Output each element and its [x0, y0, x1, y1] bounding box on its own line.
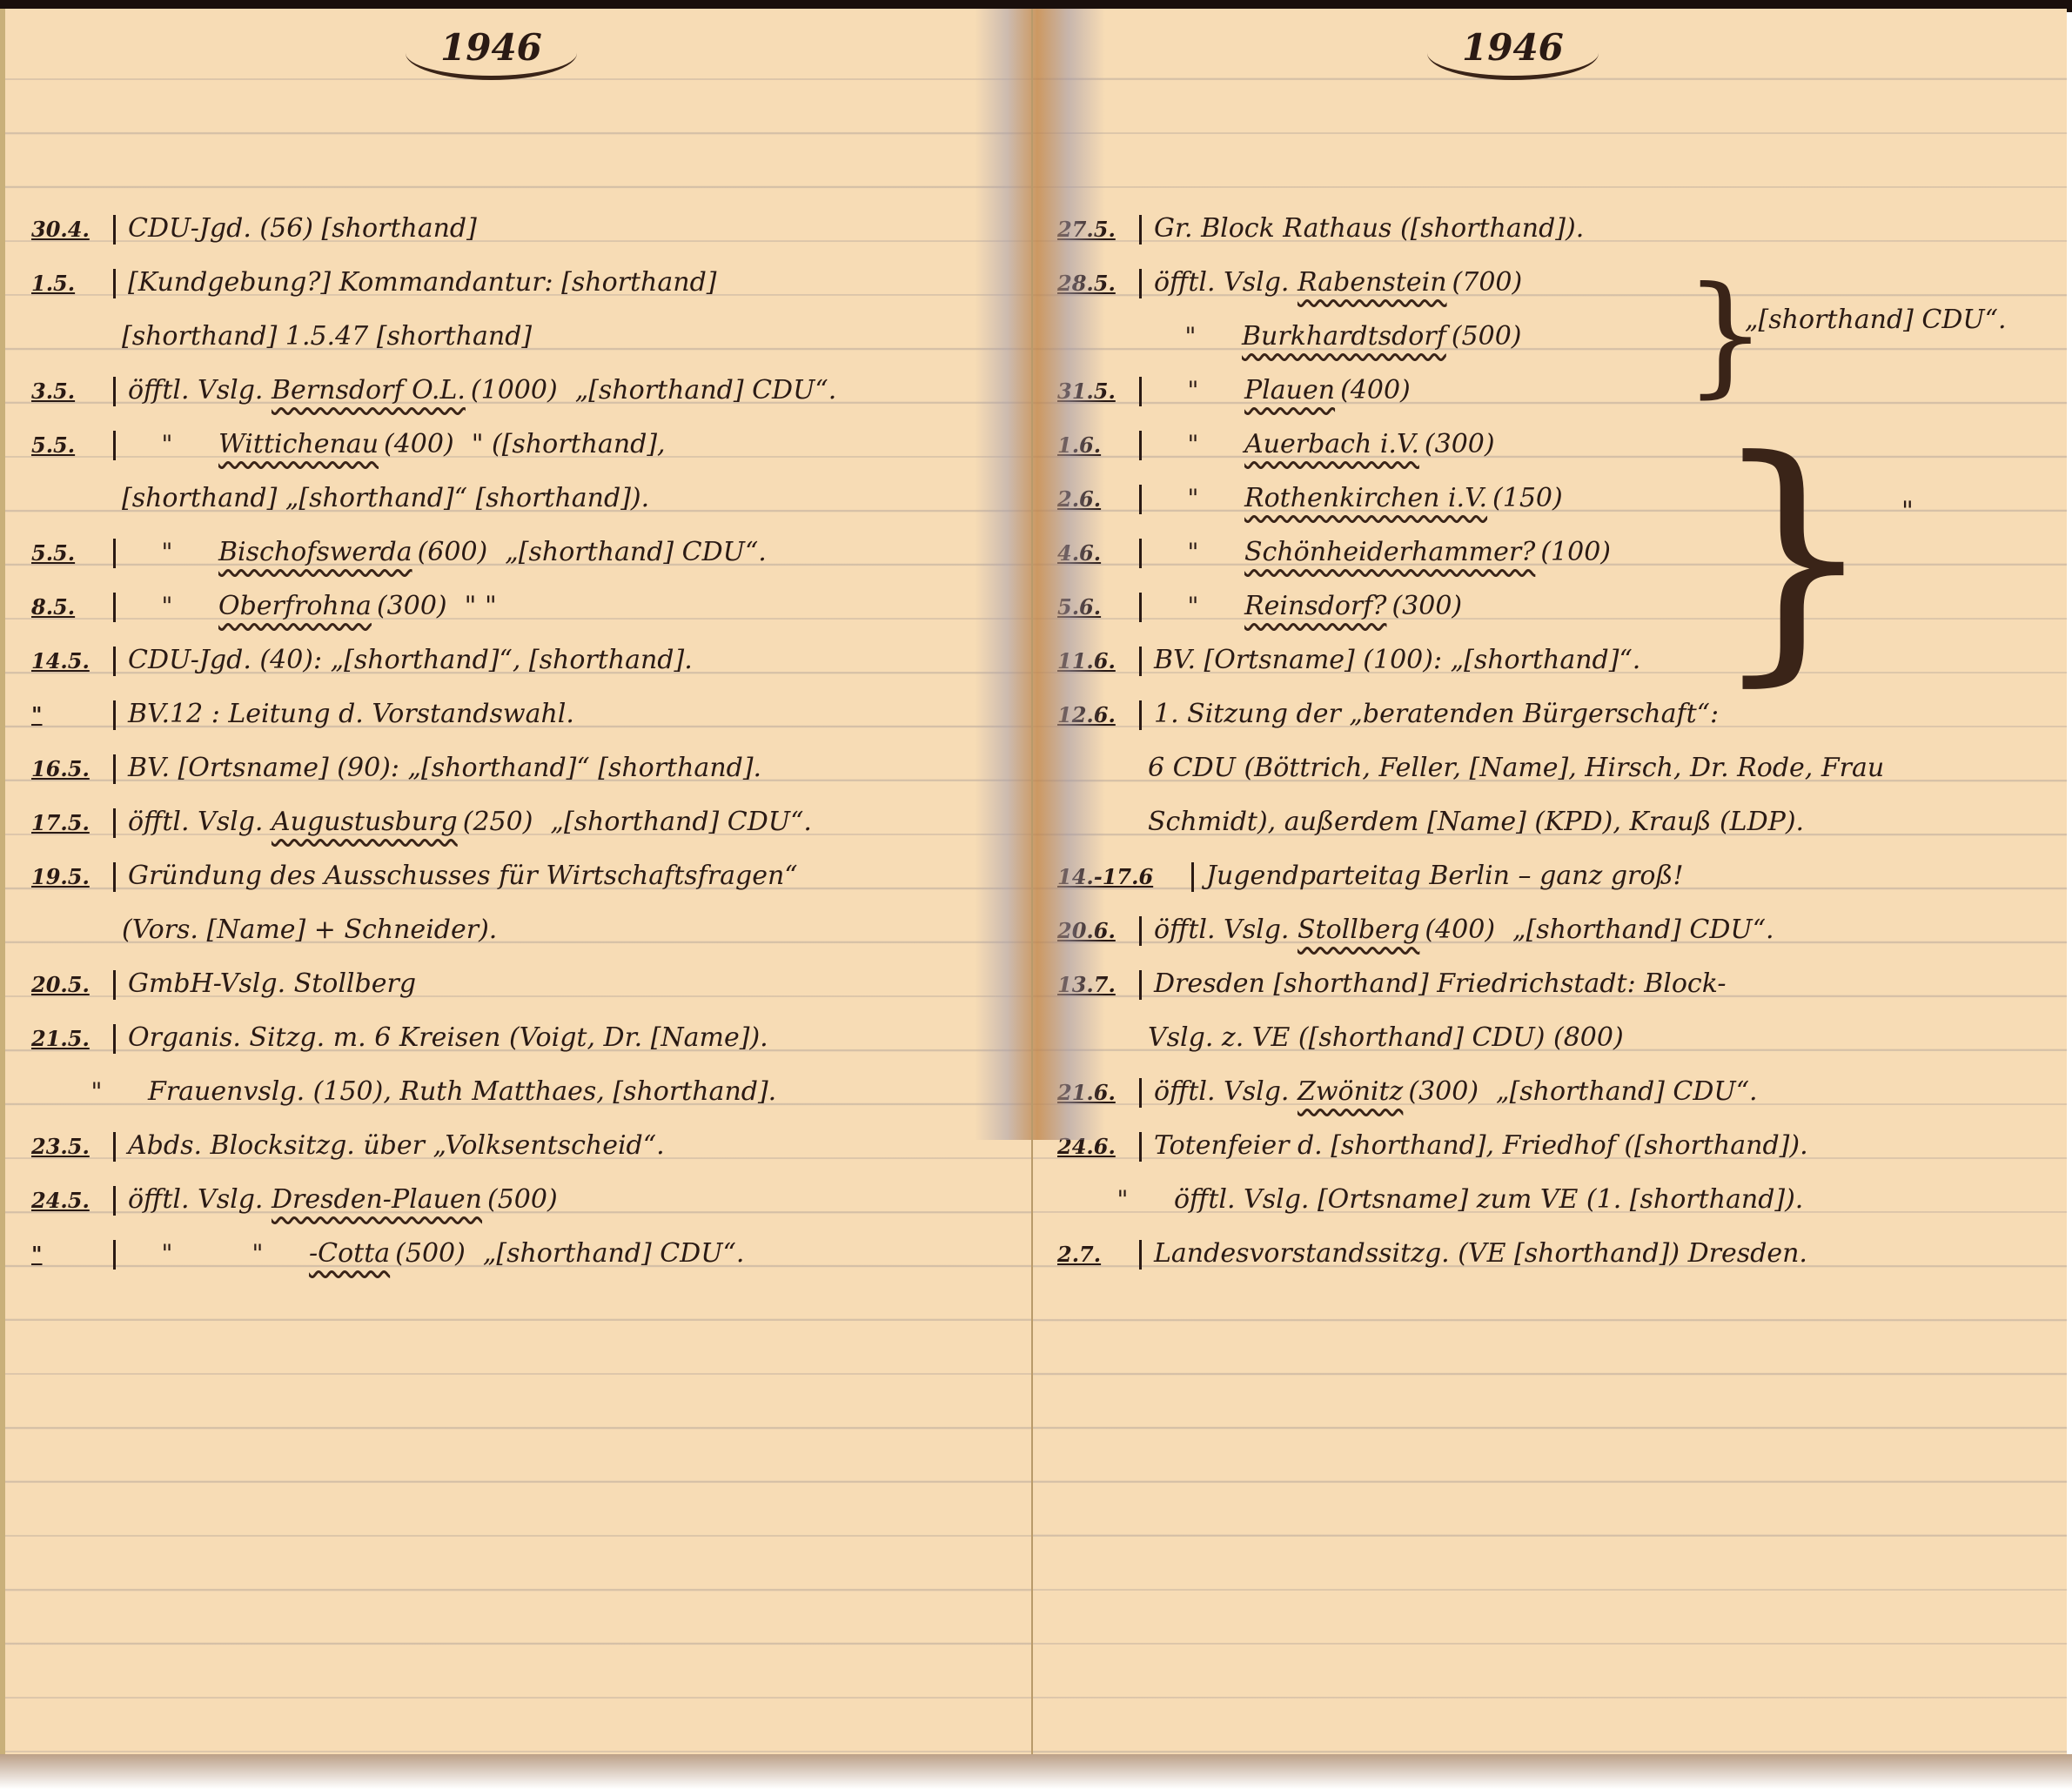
diary-entry: 17.5.öfftl. Vslg. Augustusburg(250)„[sho…	[31, 795, 1023, 849]
diary-entry: 3.5.öfftl. Vslg. Bernsdorf O.L.(1000)„[s…	[31, 364, 1023, 418]
entry-note: „[shorthand] CDU“.	[1496, 1076, 1758, 1107]
entry-place: Stollberg	[1298, 915, 1419, 945]
diary-entry: """-Cotta(500)„[shorthand] CDU“.	[31, 1227, 1023, 1281]
entry-text: Vslg. z. VE ([shorthand] CDU) (800)	[1148, 1022, 1624, 1053]
diary-entry: 27.5.Gr. Block Rathaus ([shorthand]).	[1057, 202, 2058, 256]
diary-entry: 5.6."Reinsdorf?(300)	[1057, 580, 2058, 633]
diary-entry: 5.5."Wittichenau(400)" ([shorthand],	[31, 418, 1023, 472]
page-fold	[1031, 9, 1033, 1758]
diary-entry: 28.5.öfftl. Vslg. Rabenstein(700)	[1057, 256, 2058, 310]
diary-entry: 20.5.GmbH-Vslg. Stollberg	[31, 957, 1023, 1011]
right-page-year: 1946	[1427, 26, 1599, 80]
brace-group-2-note: "	[1901, 496, 1914, 526]
attendance-count: (100)	[1540, 537, 1611, 567]
ditto-mark: "	[1154, 526, 1232, 580]
diary-spread: 1946 30.4.CDU-Jgd. (56) [shorthand]1.5.[…	[0, 9, 2072, 1758]
attendance-count: (300)	[1425, 429, 1495, 459]
attendance-count: (250)	[463, 807, 533, 837]
ditto-mark: "	[1083, 1173, 1162, 1227]
entry-note: " ([shorthand],	[472, 429, 666, 459]
entry-text: Jugendparteitag Berlin – ganz groß!	[1206, 861, 1684, 891]
attendance-count: (500)	[1452, 321, 1522, 352]
entry-text: 6 CDU (Böttrich, Feller, [Name], Hirsch,…	[1148, 753, 1884, 783]
entry-date: 23.5.	[31, 1132, 116, 1162]
diary-entry: 14.-17.6Jugendparteitag Berlin – ganz gr…	[1057, 849, 2058, 903]
ditto-mark: "	[1154, 364, 1232, 418]
entry-text: [shorthand] „[shorthand]“ [shorthand]).	[122, 483, 649, 513]
diary-entry: 31.5."Plauen(400)	[1057, 364, 2058, 418]
entry-text: [shorthand] 1.5.47 [shorthand]	[122, 321, 532, 352]
entry-place: Auerbach i.V.	[1244, 429, 1419, 459]
entry-text: öfftl. Vslg.	[128, 807, 272, 837]
entry-note: " "	[465, 591, 497, 621]
entry-text: Gründung des Ausschusses für Wirtschafts…	[128, 861, 798, 891]
attendance-count: (400)	[1340, 375, 1411, 405]
diary-entry: 12.6.1. Sitzung der „beratenden Bürgersc…	[1057, 687, 2058, 741]
entry-date: "	[31, 700, 116, 730]
entry-date: 5.5.	[31, 431, 116, 460]
brace-group-2: }	[1710, 426, 1876, 687]
ditto-mark: "	[128, 580, 206, 633]
entry-date: 20.5.	[31, 970, 116, 1000]
attendance-count: (300)	[1408, 1076, 1479, 1107]
diary-entry: 24.6.Totenfeier d. [shorthand], Friedhof…	[1057, 1119, 2058, 1173]
entry-text: Landesvorstandssitzg. (VE [shorthand]) D…	[1154, 1238, 1807, 1269]
diary-entry: 30.4.CDU-Jgd. (56) [shorthand]	[31, 202, 1023, 256]
entry-place: Reinsdorf?	[1244, 591, 1386, 621]
ditto-mark: "	[128, 418, 206, 472]
ditto-mark: "	[1154, 418, 1232, 472]
ditto-mark: "	[128, 526, 206, 580]
entry-text: BV.12 : Leitung d. Vorstandswahl.	[128, 699, 574, 729]
binding-gutter-stain	[975, 9, 1105, 1140]
entry-place: Rabenstein	[1298, 267, 1447, 298]
diary-entry: 2.7.Landesvorstandssitzg. (VE [shorthand…	[1057, 1227, 2058, 1281]
entry-text: (Vors. [Name] + Schneider).	[122, 915, 497, 945]
entry-text: Schmidt), außerdem [Name] (KPD), Krauß (…	[1148, 807, 1804, 837]
ditto-mark: "	[218, 1227, 297, 1281]
entry-date: 2.7.	[1057, 1240, 1142, 1270]
entry-place: Oberfrohna	[218, 591, 372, 621]
diary-entry: 16.5.BV. [Ortsname] (90): „[shorthand]“ …	[31, 741, 1023, 795]
entry-place: Dresden-Plauen	[272, 1184, 482, 1215]
entry-text: öfftl. Vslg.	[1154, 915, 1298, 945]
entry-place: -Cotta	[309, 1238, 390, 1269]
entry-place: Zwönitz	[1298, 1076, 1403, 1107]
entry-note: „[shorthand] CDU“.	[550, 807, 812, 837]
diary-entry-continuation: "Frauenvslg. (150), Ruth Matthaes, [shor…	[31, 1065, 1023, 1119]
diary-entry: 14.5.CDU-Jgd. (40): „[shorthand]“, [shor…	[31, 633, 1023, 687]
ditto-mark: "	[57, 1065, 136, 1119]
entry-text: 1. Sitzung der „beratenden Bürgerschaft“…	[1154, 699, 1719, 729]
entry-text: Gr. Block Rathaus ([shorthand]).	[1154, 213, 1584, 244]
entry-date: 30.4.	[31, 215, 116, 245]
entry-date: 3.5.	[31, 377, 116, 406]
diary-entry-continuation: [shorthand] „[shorthand]“ [shorthand]).	[31, 472, 1023, 526]
diary-entry: 20.6.öfftl. Vslg. Stollberg(400)„[shorth…	[1057, 903, 2058, 957]
attendance-count: (1000)	[471, 375, 558, 405]
attendance-count: (500)	[395, 1238, 466, 1269]
entry-place: Schönheiderhammer?	[1244, 537, 1535, 567]
right-page-entries: 27.5.Gr. Block Rathaus ([shorthand]).28.…	[1057, 202, 2058, 1281]
ditto-mark: "	[1154, 580, 1232, 633]
diary-entry: 24.5.öfftl. Vslg. Dresden-Plauen(500)	[31, 1173, 1023, 1227]
entry-date: 17.5.	[31, 808, 116, 838]
entry-place: Wittichenau	[218, 429, 379, 459]
entry-text: BV. [Ortsname] (100): „[shorthand]“.	[1154, 645, 1640, 675]
attendance-count: (700)	[1452, 267, 1523, 298]
ditto-mark: "	[1154, 472, 1232, 526]
entry-text: [Kundgebung?] Kommandantur: [shorthand]	[128, 267, 717, 298]
entry-place: Augustusburg	[272, 807, 458, 837]
entry-date: 24.5.	[31, 1186, 116, 1216]
diary-entry: 19.5.Gründung des Ausschusses für Wirtsc…	[31, 849, 1023, 903]
diary-entry: 21.5.Organis. Sitzg. m. 6 Kreisen (Voigt…	[31, 1011, 1023, 1065]
attendance-count: (600)	[418, 537, 488, 567]
left-page-year: 1946	[406, 26, 577, 80]
diary-entry: 1.6."Auerbach i.V.(300)	[1057, 418, 2058, 472]
entry-date: "	[31, 1240, 116, 1270]
entry-text: öfftl. Vslg.	[1154, 1076, 1298, 1107]
entry-note: „[shorthand] CDU“.	[575, 375, 837, 405]
diary-entry-continuation: (Vors. [Name] + Schneider).	[31, 903, 1023, 957]
entry-text: öfftl. Vslg.	[128, 375, 272, 405]
entry-text: Frauenvslg. (150), Ruth Matthaes, [short…	[148, 1076, 776, 1107]
entry-date: 8.5.	[31, 593, 116, 622]
diary-entry: "BV.12 : Leitung d. Vorstandswahl.	[31, 687, 1023, 741]
diary-entry-continuation: "öfftl. Vslg. [Ortsname] zum VE (1. [sho…	[1057, 1173, 2058, 1227]
entry-note: „[shorthand] CDU“.	[483, 1238, 745, 1269]
entry-text: BV. [Ortsname] (90): „[shorthand]“ [shor…	[128, 753, 761, 783]
diary-entry-continuation: Vslg. z. VE ([shorthand] CDU) (800)	[1057, 1011, 2058, 1065]
left-page-entries: 30.4.CDU-Jgd. (56) [shorthand]1.5.[Kundg…	[31, 202, 1023, 1281]
diary-entry: 4.6."Schönheiderhammer?(100)	[1057, 526, 2058, 580]
entry-note: „[shorthand] CDU“.	[1512, 915, 1774, 945]
entry-text: Abds. Blocksitzg. über „Volksentscheid“.	[128, 1130, 665, 1161]
brace-group-1: }	[1684, 270, 1767, 400]
diary-entry: 13.7.Dresden [shorthand] Friedrichstadt:…	[1057, 957, 2058, 1011]
entry-text: Totenfeier d. [shorthand], Friedhof ([sh…	[1154, 1130, 1808, 1161]
entry-place: Rothenkirchen i.V.	[1244, 483, 1487, 513]
entry-text: CDU-Jgd. (56) [shorthand]	[128, 213, 477, 244]
brace-group-1-note: „[shorthand] CDU“.	[1745, 305, 2007, 335]
attendance-count: (300)	[377, 591, 447, 621]
diary-entry: 1.5.[Kundgebung?] Kommandantur: [shortha…	[31, 256, 1023, 310]
entry-place: Burkhardtsdorf	[1242, 321, 1446, 352]
entry-date: 21.5.	[31, 1024, 116, 1054]
entry-date: 14.5.	[31, 647, 116, 676]
ditto-mark: "	[128, 1227, 206, 1281]
attendance-count: (400)	[1425, 915, 1495, 945]
diary-entry-continuation: [shorthand] 1.5.47 [shorthand]	[31, 310, 1023, 364]
entry-text: öfftl. Vslg.	[1154, 267, 1298, 298]
right-page: 1946 27.5.Gr. Block Rathaus ([shorthand]…	[1031, 9, 2067, 1758]
attendance-count: (400)	[384, 429, 454, 459]
attendance-count: (500)	[487, 1184, 558, 1215]
diary-entry: 5.5."Bischofswerda(600)„[shorthand] CDU“…	[31, 526, 1023, 580]
entry-place: Plauen	[1244, 375, 1335, 405]
entry-text: Dresden [shorthand] Friedrichstadt: Bloc…	[1154, 968, 1727, 999]
diary-entry-continuation: 6 CDU (Böttrich, Feller, [Name], Hirsch,…	[1057, 741, 2058, 795]
entry-note: „[shorthand] CDU“.	[505, 537, 767, 567]
ditto-mark: "	[1151, 310, 1230, 364]
entry-date: 1.5.	[31, 269, 116, 298]
entry-date: 5.5.	[31, 539, 116, 568]
entry-place: Bernsdorf O.L.	[272, 375, 466, 405]
diary-entry: 21.6.öfftl. Vslg. Zwönitz(300)„[shorthan…	[1057, 1065, 2058, 1119]
attendance-count: (150)	[1492, 483, 1563, 513]
entry-date: 19.5.	[31, 862, 116, 892]
entry-text: öfftl. Vslg. [Ortsname] zum VE (1. [shor…	[1174, 1184, 1803, 1215]
diary-entry-continuation: Schmidt), außerdem [Name] (KPD), Krauß (…	[1057, 795, 2058, 849]
entry-text: CDU-Jgd. (40): „[shorthand]“, [shorthand…	[128, 645, 693, 675]
entry-text: GmbH-Vslg. Stollberg	[128, 968, 416, 999]
diary-entry: 8.5."Oberfrohna(300)" "	[31, 580, 1023, 633]
entry-place: Bischofswerda	[218, 537, 412, 567]
diary-entry: 23.5.Abds. Blocksitzg. über „Volksentsch…	[31, 1119, 1023, 1173]
entry-text: Organis. Sitzg. m. 6 Kreisen (Voigt, Dr.…	[128, 1022, 768, 1053]
attendance-count: (300)	[1391, 591, 1462, 621]
book-bottom-edge	[0, 1754, 2072, 1789]
diary-entry: 11.6.BV. [Ortsname] (100): „[shorthand]“…	[1057, 633, 2058, 687]
entry-text: öfftl. Vslg.	[128, 1184, 272, 1215]
left-page: 1946 30.4.CDU-Jgd. (56) [shorthand]1.5.[…	[0, 9, 1036, 1758]
entry-date: 16.5.	[31, 754, 116, 784]
